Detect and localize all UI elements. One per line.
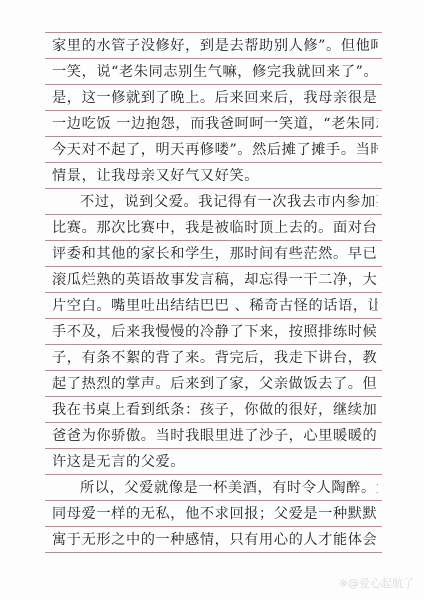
text-line: 滚瓜烂熟的英语故事发言稿，却忘得一干二净，大脑一: [52, 269, 378, 291]
rule-line: [45, 292, 382, 293]
rule-line: [45, 552, 382, 553]
rule-line: [45, 344, 382, 345]
text-line: 不过，说到父爱。我记得有一次我去市内参加英语: [80, 191, 378, 213]
rule-line: [45, 474, 382, 475]
rule-line: [45, 58, 382, 59]
rule-line: [45, 370, 382, 371]
text-line: 评委和其他的家长和学生，那时间有些茫然。早已背得: [52, 243, 378, 265]
text-line: 所以，父爱就像是一杯美酒，有时令人陶醉。父爱: [80, 477, 378, 499]
rule-line: [45, 110, 382, 111]
text-line: 一笑，说“老朱同志别生气嘛，修完我就回来了”。可: [52, 61, 378, 83]
text-line: 比赛。那次比赛中，我是被临时顶上去的。面对台下的: [52, 217, 378, 239]
text-line: 许这是无言的父爱。: [52, 451, 378, 473]
watermark: ※@爱心起航了: [339, 575, 414, 591]
rule-line: [45, 162, 382, 163]
text-line: 同母爱一样的无私，他不求回报；父爱是一种默默无闻，: [52, 503, 378, 525]
rule-line: [45, 396, 382, 397]
text-line: 起了热烈的掌声。后来到了家，父亲做饭去了。但是，: [52, 373, 378, 395]
text-line: 我在书桌上看到纸条：孩子，你做的很好，继续加油吧！: [52, 399, 378, 421]
text-line: 子，有条不絮的背了来。背完后，我走下讲台，教室响: [52, 347, 378, 369]
rule-line: [45, 318, 382, 319]
rule-line: [45, 84, 382, 85]
rule-line: [45, 240, 382, 241]
text-line: 手不及，后来我慢慢的冷静了下来，按照排练时候的样: [52, 321, 378, 343]
text-line: 是，这一修就到了晚上。后来回来后，我母亲很是生气，: [52, 87, 378, 109]
text-line: 家里的水管子没修好，到是去帮助别人修”。但他呵呵: [52, 35, 378, 57]
text-line: 今天对不起了，明天再修喽”。然后摊了摊手。当时的: [52, 139, 378, 161]
rule-line: [45, 448, 382, 449]
rule-line: [45, 214, 382, 215]
rule-line: [45, 500, 382, 501]
rule-line: [45, 266, 382, 267]
rule-line: [45, 526, 382, 527]
rule-line: [45, 32, 382, 33]
document-page: 家里的水管子没修好，到是去帮助别人修”。但他呵呵 一笑，说“老朱同志别生气嘛，修…: [0, 0, 424, 600]
text-line: 寓于无形之中的一种感情，只有用心的人才能体会。: [52, 529, 378, 551]
text-line: 情景，让我母亲又好气又好笑。: [52, 165, 378, 187]
rule-line: [45, 136, 382, 137]
rule-line: [45, 188, 382, 189]
text-line: 一边吃饭 一边抱怨，而我爸呵呵一笑道，“老朱同志，: [52, 113, 378, 135]
text-line: 片空白。嘴里吐出结结巴巴 、稀奇古怪的话语，让我措: [52, 295, 378, 317]
rule-line: [45, 422, 382, 423]
text-line: 爸爸为你骄傲。当时我眼里进了沙子，心里暖暖的。或: [52, 425, 378, 447]
